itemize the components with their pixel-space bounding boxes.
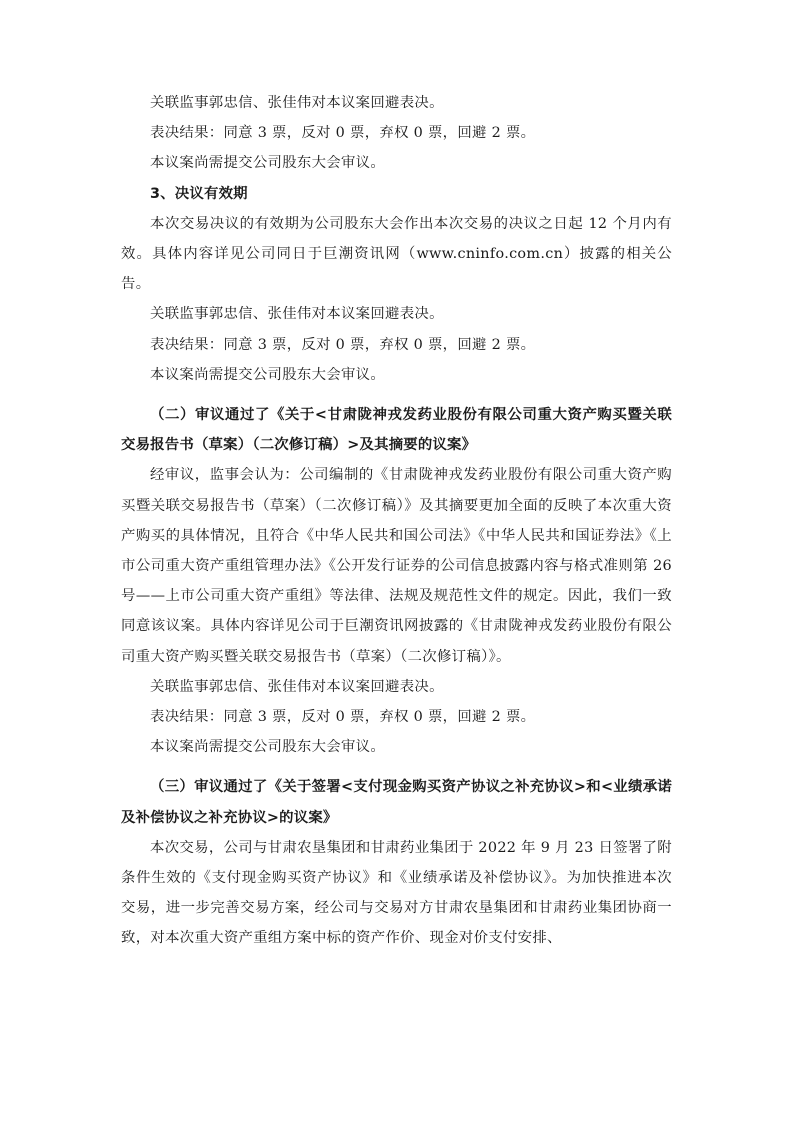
resolution-two-body: 经审议，监事会认为：公司编制的《甘肃陇神戎发药业股份有限公司重大资产购买暨关联交… xyxy=(121,460,672,671)
document-page: 关联监事郭忠信、张佳伟对本议案回避表决。 表决结果：同意 3 票，反对 0 票，… xyxy=(121,88,672,954)
vote-result: 表决结果：同意 3 票，反对 0 票，弃权 0 票，回避 2 票。 xyxy=(121,118,672,148)
vote-result: 表决结果：同意 3 票，反对 0 票，弃权 0 票，回避 2 票。 xyxy=(121,330,672,360)
resolution-heading-three: （三）审议通过了《关于签署<支付现金购买资产协议之补充协议>和<业绩承诺及补偿协… xyxy=(121,772,672,832)
recusal-statement: 关联监事郭忠信、张佳伟对本议案回避表决。 xyxy=(121,88,672,118)
resolution-three-body: 本次交易，公司与甘肃农垦集团和甘肃药业集团于 2022 年 9 月 23 日签署… xyxy=(121,833,672,954)
vote-result: 表决结果：同意 3 票，反对 0 票，弃权 0 票，回避 2 票。 xyxy=(121,702,672,732)
pending-approval-note: 本议案尚需提交公司股东大会审议。 xyxy=(121,148,672,178)
validity-body: 本次交易决议的有效期为公司股东大会作出本次交易的决议之日起 12 个月内有效。具… xyxy=(121,209,672,300)
resolution-heading-two: （二）审议通过了《关于<甘肃陇神戎发药业股份有限公司重大资产购买暨关联交易报告书… xyxy=(121,400,672,460)
pending-approval-note: 本议案尚需提交公司股东大会审议。 xyxy=(121,360,672,390)
recusal-statement: 关联监事郭忠信、张佳伟对本议案回避表决。 xyxy=(121,672,672,702)
pending-approval-note: 本议案尚需提交公司股东大会审议。 xyxy=(121,732,672,762)
subsection-heading-validity: 3、决议有效期 xyxy=(121,179,672,209)
recusal-statement: 关联监事郭忠信、张佳伟对本议案回避表决。 xyxy=(121,299,672,329)
